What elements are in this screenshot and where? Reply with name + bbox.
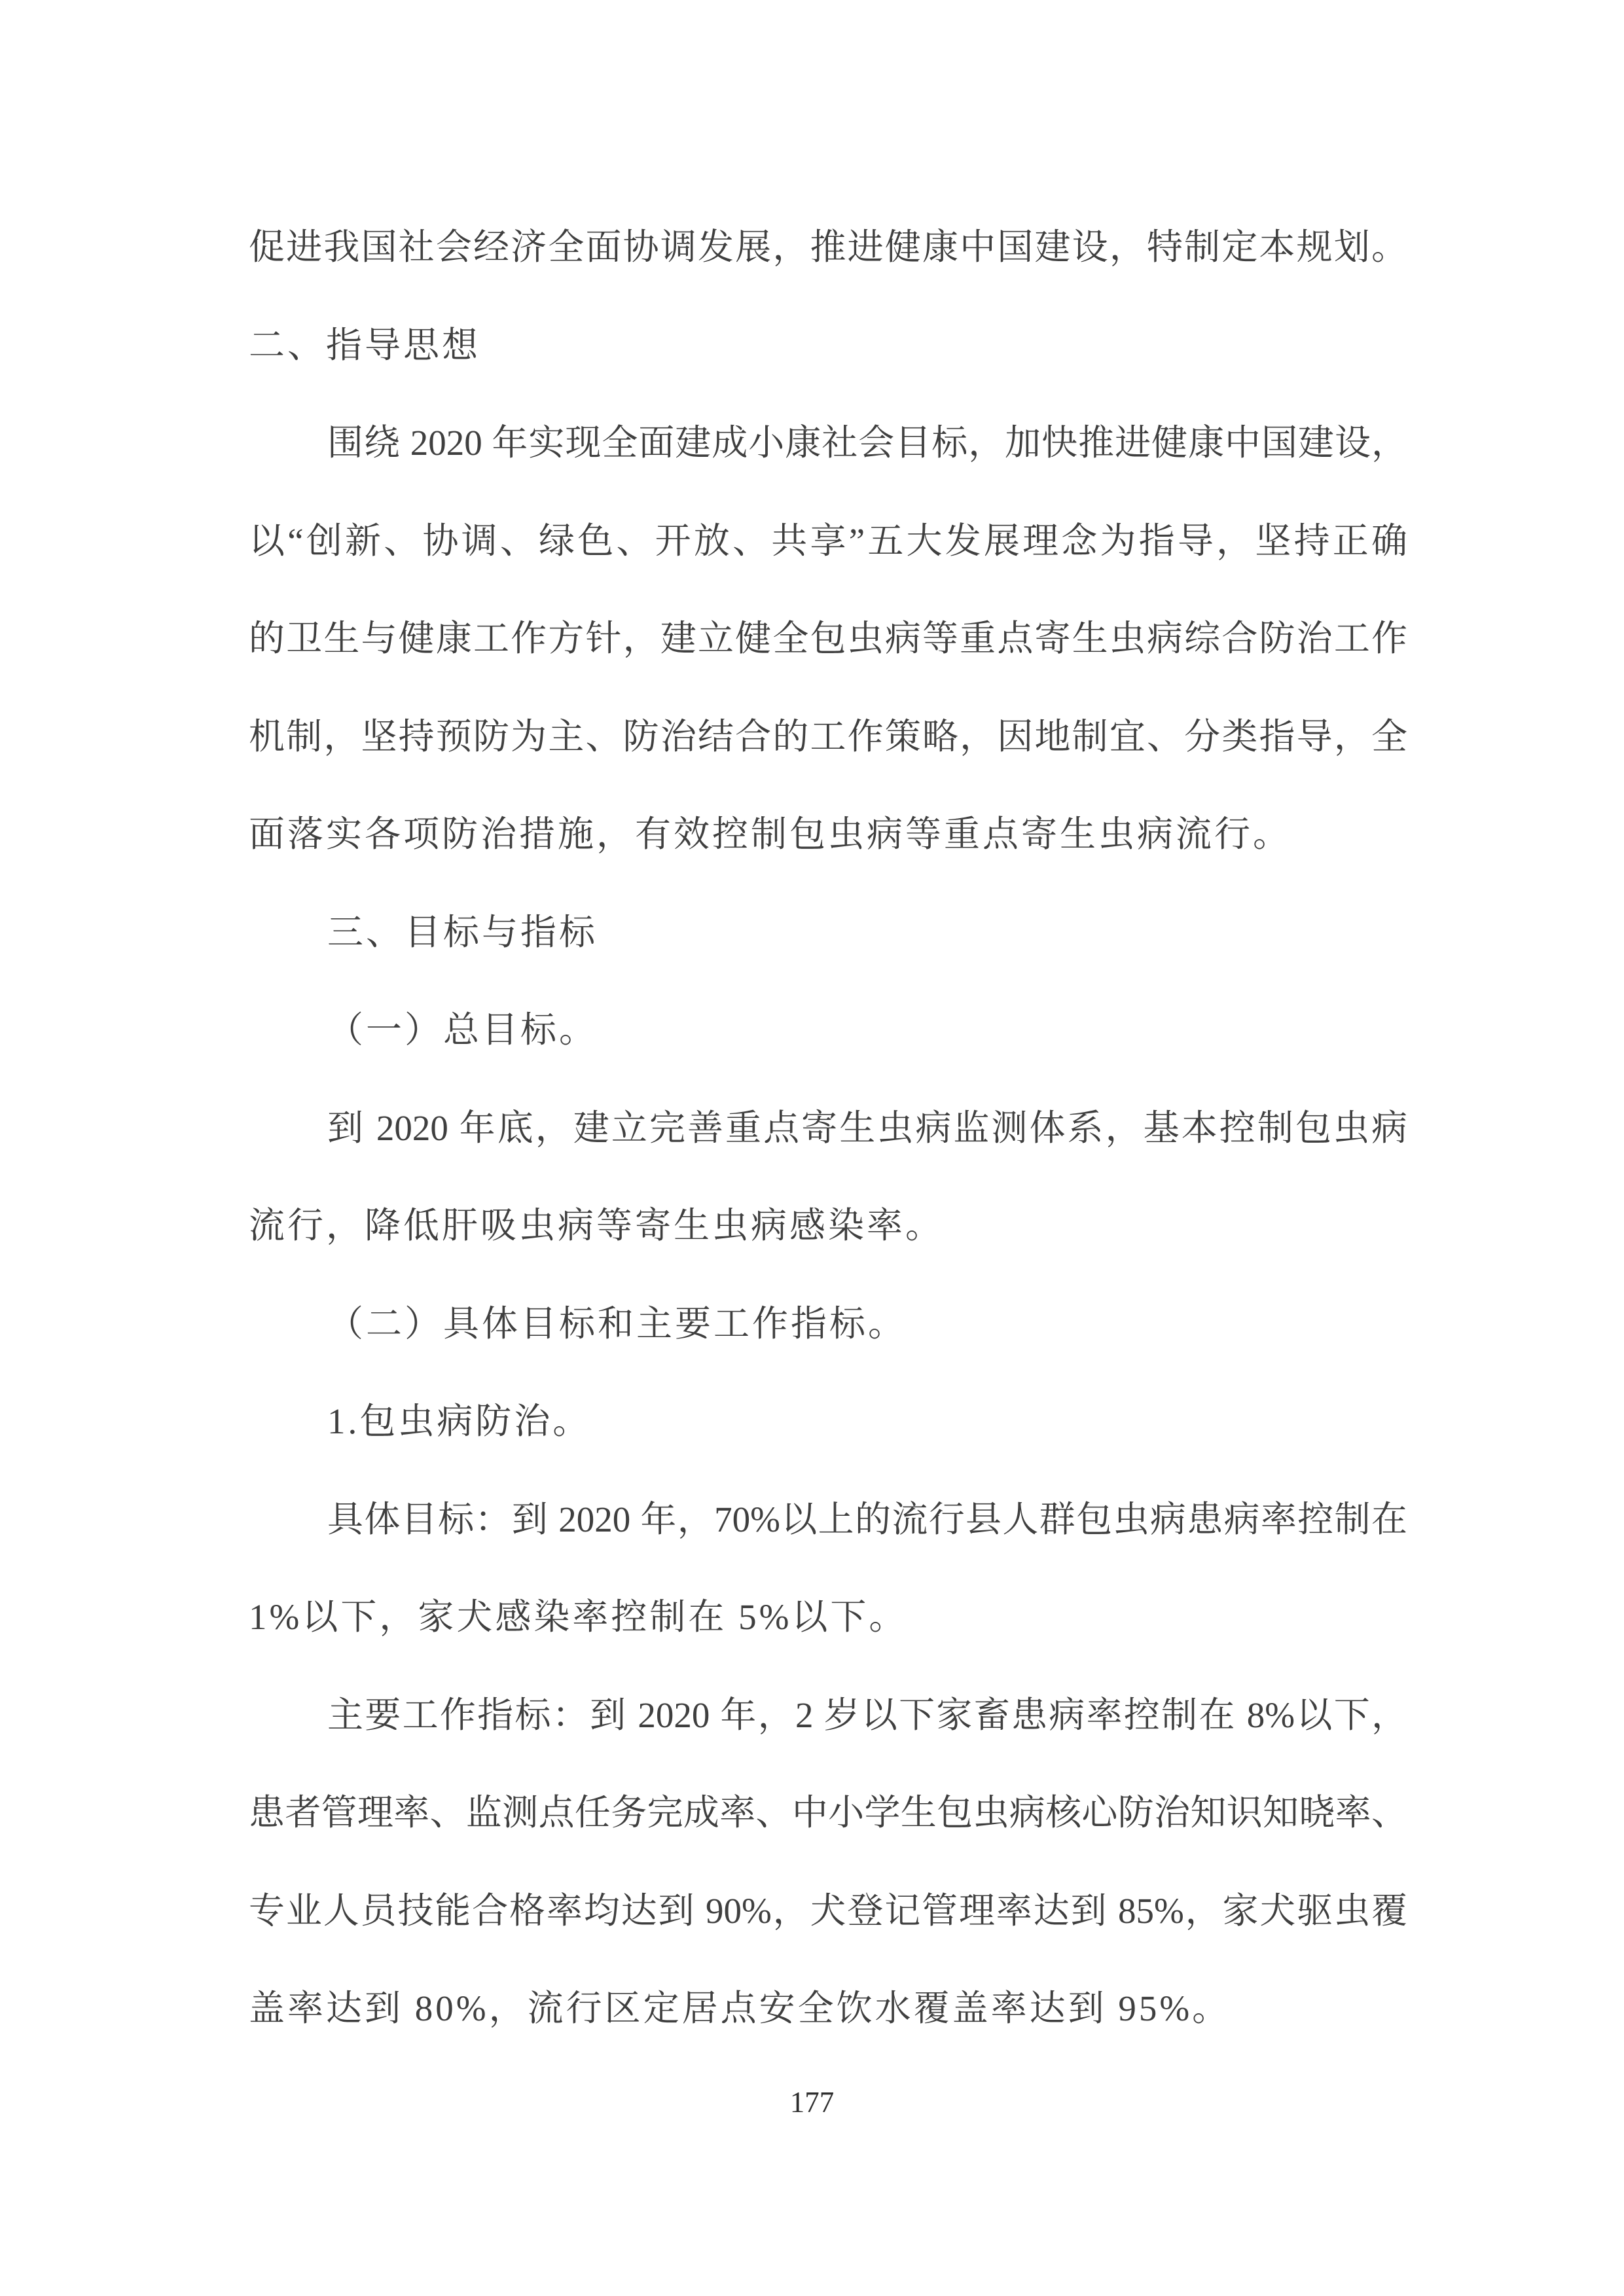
section-heading: 二、指导思想 <box>249 296 1407 395</box>
subsection-heading: （一）总目标。 <box>249 981 1407 1079</box>
paragraph-line: 促进我国社会经济全面协调发展，推进健康中国建设，特制定本规划。 <box>249 198 1407 296</box>
numbered-item-heading: 1.包虫病防治。 <box>249 1372 1407 1471</box>
document-sheet: 促进我国社会经济全面协调发展，推进健康中国建设，特制定本规划。 二、指导思想 围… <box>0 0 1624 2296</box>
subsection-heading: （二）具体目标和主要工作指标。 <box>249 1275 1407 1373</box>
paragraph-line: 面落实各项防治措施，有效控制包虫病等重点寄生虫病流行。 <box>249 785 1407 884</box>
paragraph-line: 的卫生与健康工作方针，建立健全包虫病等重点寄生虫病综合防治工作 <box>249 590 1407 688</box>
paragraph-line: 到 2020 年底，建立完善重点寄生虫病监测体系，基本控制包虫病 <box>249 1079 1407 1177</box>
paragraph-line: 主要工作指标：到 2020 年，2 岁以下家畜患病率控制在 8%以下， <box>249 1666 1407 1765</box>
paragraph-line: 1%以下，家犬感染率控制在 5%以下。 <box>249 1568 1407 1666</box>
paragraph-line: 以“创新、协调、绿色、开放、共享”五大发展理念为指导，坚持正确 <box>249 492 1407 590</box>
paragraph-line: 盖率达到 80%，流行区定居点安全饮水覆盖率达到 95%。 <box>249 1960 1407 2058</box>
paragraph-line: 围绕 2020 年实现全面建成小康社会目标，加快推进健康中国建设， <box>249 394 1407 492</box>
document-page-body: { "document": { "lines": [ { "text": "促进… <box>0 0 1624 2296</box>
paragraph-line: 专业人员技能合格率均达到 90%，犬登记管理率达到 85%，家犬驱虫覆 <box>249 1862 1407 1960</box>
paragraph-line: 流行，降低肝吸虫病等寄生虫病感染率。 <box>249 1177 1407 1275</box>
document-text-block: 促进我国社会经济全面协调发展，推进健康中国建设，特制定本规划。 二、指导思想 围… <box>249 198 1407 2058</box>
section-heading: 三、目标与指标 <box>249 884 1407 982</box>
paragraph-line: 患者管理率、监测点任务完成率、中小学生包虫病核心防治知识知晓率、 <box>249 1764 1407 1862</box>
paragraph-line: 具体目标：到 2020 年，70%以上的流行县人群包虫病患病率控制在 <box>249 1471 1407 1569</box>
page-number: 177 <box>0 2080 1624 2125</box>
paragraph-line: 机制，坚持预防为主、防治结合的工作策略，因地制宜、分类指导，全 <box>249 688 1407 786</box>
